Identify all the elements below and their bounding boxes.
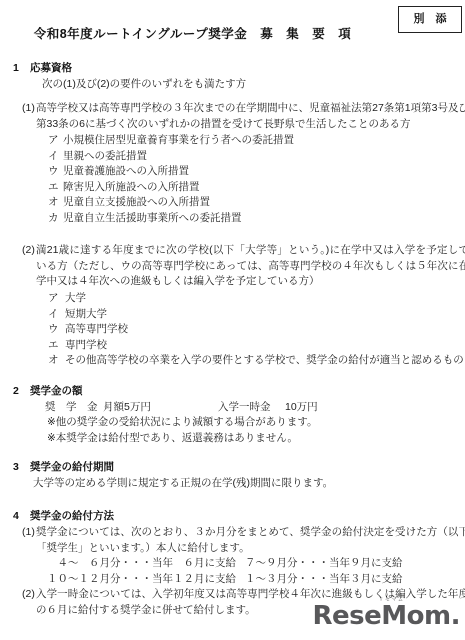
lump-sum-value: 10万円 (285, 400, 318, 416)
list-item-text: 小規模住居型児童養育事業を行う者への委託措置 (63, 134, 294, 146)
list-item-text: 大学 (65, 292, 86, 304)
list-item-label: エ (48, 338, 65, 354)
list-item: ウ児童養護施設への入所措置 (48, 164, 294, 180)
amount-notes: ※他の奨学金の受給状況により減額する場合があります。 ※本奨学金は給付型であり、… (47, 415, 317, 446)
schedule-cell: １０～１２月分・・・当年１２月に支給 (47, 572, 236, 588)
list-item-text: 高等専門学校 (65, 323, 128, 335)
list-item-label: エ (48, 180, 63, 196)
list-item-label: ウ (48, 164, 63, 180)
section-3-body: 大学等の定める学則に規定する正規の在学(残)期間に限ります。 (33, 476, 333, 492)
list-item-label: オ (48, 353, 65, 369)
list-item-label: オ (48, 195, 63, 211)
payment-schedule: ４～ ６月分・・・当年 ６月に支給 ７～９月分・・・当年９月に支給 １０～１２月… (47, 556, 457, 587)
lump-sum-label: 入学一時金 (218, 400, 271, 416)
section-3-number: 3 (13, 460, 30, 476)
list-item-text: 里親への委託措置 (63, 150, 147, 162)
list-item-text: 短期大学 (65, 308, 107, 320)
section-1-item-1-sublist: ア小規模住居型児童養育事業を行う者への委託措置 イ里親への委託措置 ウ児童養護施… (48, 133, 294, 226)
list-item: オその他高等学校の卒業を入学の要件とする学校で、奨学金の給付が適当と認めるもの (48, 353, 464, 369)
section-1-item-2-sublist: ア大学 イ短期大学 ウ高等専門学校 エ専門学校 オその他高等学校の卒業を入学の要… (48, 291, 464, 369)
item-2-text: 満21歳に達する年度までに次の学校(以下「大学等」という。)に在学中又は入学を予… (36, 244, 465, 287)
list-item-label: ア (48, 133, 63, 149)
section-2-number: 2 (13, 384, 30, 400)
list-item-label: ア (48, 291, 65, 307)
list-item-label: イ (48, 149, 63, 165)
item-2-label: (2) (22, 587, 35, 603)
section-4-number: 4 (13, 509, 30, 525)
list-item-text: 障害児入所施設への入所措置 (63, 181, 200, 193)
resemom-logo-text: ReseMom. (313, 603, 460, 630)
schedule-row: ４～ ６月分・・・当年 ６月に支給 ７～９月分・・・当年９月に支給 (47, 556, 457, 572)
list-item: カ児童自立生活援助事業所への委託措置 (48, 211, 294, 227)
section-4-heading: 4奨学金の給付方法 (13, 509, 114, 525)
attachment-tag-box: 別 添 (398, 6, 462, 33)
reference-mark: ※ (104, 400, 109, 416)
section-1-item-1: (1)高等学校又は高等専門学校の３年次までの在学期間中に、児童福祉法第27条第1… (22, 101, 465, 132)
list-item-text: 児童養護施設への入所措置 (63, 165, 189, 177)
amount-note-1: ※他の奨学金の受給状況により減額する場合があります。 (47, 415, 317, 431)
monthly-amount: 月額5万円 (103, 400, 151, 416)
list-item: オ児童自立支援施設への入所措置 (48, 195, 294, 211)
section-1-intro: 次の(1)及び(2)の要件のいずれをも満たす方 (42, 77, 246, 93)
section-3-heading-text: 奨学金の給付期間 (30, 461, 114, 473)
section-1-heading: 1応募資格 (13, 61, 72, 77)
amount-note-2: ※本奨学金は給付型であり、返還義務はありません。 (47, 431, 317, 447)
item-1-text: 高等学校又は高等専門学校の３年次までの在学期間中に、児童福祉法第27条第1項第3… (36, 102, 465, 130)
section-1-number: 1 (13, 61, 30, 77)
scholarship-amount-row: 奨 学 金 月額5万円※ 入学一時金 10万円 (0, 400, 465, 416)
list-item-text: 児童自立生活援助事業所への委託措置 (63, 212, 242, 224)
list-item-text: 児童自立支援施設への入所措置 (63, 196, 210, 208)
section-4-item-1: (1)奨学金については、次のとおり、３か月分をまとめて、奨学金の給付決定を受けた… (22, 525, 465, 556)
page-title: 令和8年度ルートイングループ奨学金 募 集 要 項 (0, 27, 385, 43)
document-page: 別 添 令和8年度ルートイングループ奨学金 募 集 要 項 1応募資格 次の(1… (0, 0, 465, 640)
section-2-heading-text: 奨学金の額 (30, 385, 83, 397)
list-item: ア小規模住居型児童養育事業を行う者への委託措置 (48, 133, 294, 149)
section-1-heading-text: 応募資格 (30, 62, 72, 74)
schedule-row: １０～１２月分・・・当年１２月に支給 １～３月分・・・当年３月に支給 (47, 572, 457, 588)
schedule-cell: ４～ ６月分・・・当年 ６月に支給 (47, 556, 236, 572)
list-item-label: カ (48, 211, 63, 227)
section-3-heading: 3奨学金の給付期間 (13, 460, 114, 476)
list-item: エ専門学校 (48, 338, 464, 354)
section-1-item-2: (2)満21歳に達する年度までに次の学校(以下「大学等」という。)に在学中又は入… (22, 243, 465, 290)
list-item: ア大学 (48, 291, 464, 307)
item-1-label: (1) (22, 101, 35, 117)
list-item-text: 専門学校 (65, 339, 107, 351)
section-2-heading: 2奨学金の額 (13, 384, 83, 400)
resemom-logo: リセマム ReseMom. (313, 597, 460, 630)
item-2-label: (2) (22, 243, 35, 259)
section-4-heading-text: 奨学金の給付方法 (30, 510, 114, 522)
attachment-tag-label: 別 添 (414, 12, 447, 28)
item-1-label: (1) (22, 525, 35, 541)
list-item: エ障害児入所施設への入所措置 (48, 180, 294, 196)
item-1-text: 奨学金については、次のとおり、３か月分をまとめて、奨学金の給付決定を受けた方（以… (36, 526, 465, 554)
schedule-cell: ７～９月分・・・当年９月に支給 (245, 556, 403, 572)
scholarship-amount-label: 奨 学 金 (45, 400, 98, 416)
list-item: イ短期大学 (48, 307, 464, 323)
list-item-text: その他高等学校の卒業を入学の要件とする学校で、奨学金の給付が適当と認めるもの (65, 354, 464, 366)
list-item: ウ高等専門学校 (48, 322, 464, 338)
list-item: イ里親への委託措置 (48, 149, 294, 165)
list-item-label: ウ (48, 322, 65, 338)
list-item-label: イ (48, 307, 65, 323)
schedule-cell: １～３月分・・・当年３月に支給 (245, 572, 403, 588)
